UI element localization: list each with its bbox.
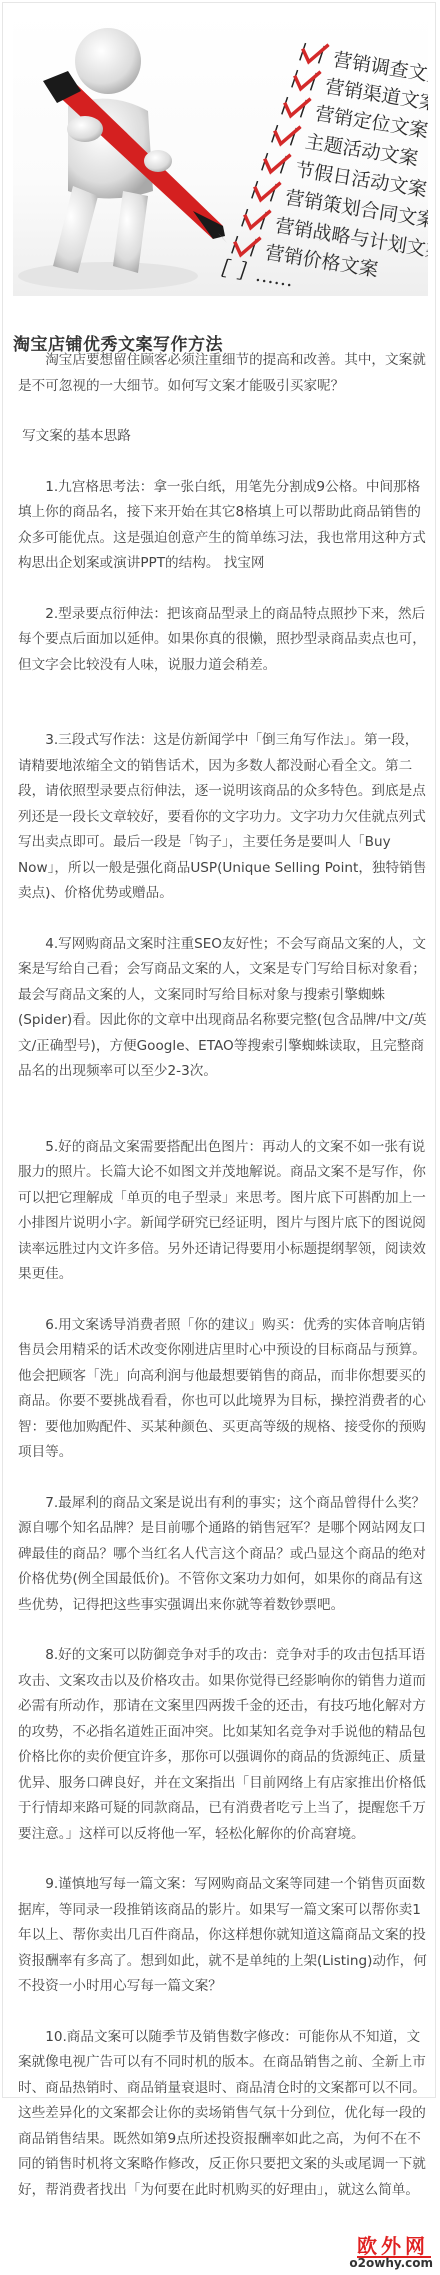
point-paragraph: 6.用文案诱导消费者照「你的建议」购买：优秀的实体音响店销售员会用精采的话术改变… — [18, 1313, 428, 1466]
checklist-label: …… — [254, 264, 295, 292]
figure-with-pen-illustration — [13, 11, 243, 296]
checkmark-icon — [278, 96, 311, 122]
point-paragraph: 1.九宫格思考法：拿一张白纸，用笔先分割成9公格。中间那格填上你的商品名，接下来… — [18, 475, 428, 577]
checkmark-icon — [248, 180, 281, 206]
hero-image: 营销调查文案 营销渠道文案 营销定位文案 主题活动文案 节假日活动文案 营销策划… — [13, 11, 428, 296]
checkmark-icon — [238, 208, 271, 234]
point-paragraph: 10.商品文案可以随季节及销售数字修改：可能你从不知道，文案就像电视广告可以有不… — [18, 2025, 428, 2204]
point-paragraph: 2.型录要点衍伸法：把该商品型录上的商品特点照抄下来，然后每个要点后面加以延伸。… — [18, 602, 428, 679]
section-heading: 写文案的基本思路 — [18, 424, 428, 450]
checkmark-icon — [296, 42, 329, 68]
article-body: 淘宝店要想留住顾客必须注重细节的提高和改善。其中，文案就是不可忽视的一大细节。如… — [18, 348, 428, 2203]
point-paragraph: 3.三段式写作法：这是仿新闻学中「倒三角写作法」。第一段，请精要地浓缩全文的销售… — [18, 728, 428, 907]
point-paragraph: 4.写网购商品文案时注重SEO友好性；不会写商品文案的人，文案是写给自己看；会写… — [18, 932, 428, 1085]
watermark-domain: o2owhy.com — [349, 2256, 433, 2270]
watermark-chinese: 欧外网 — [357, 2230, 429, 2259]
checkmark-icon — [268, 124, 301, 150]
checkmark-icon — [258, 152, 291, 178]
empty-checkbox-icon — [218, 258, 251, 284]
site-watermark: 欧外网 o2owhy.com — [337, 2226, 437, 2272]
point-paragraph: 5.好的商品文案需要搭配出色图片：再动人的文案不如一张有说服力的照片。长篇大论不… — [18, 1135, 428, 1288]
article-card: 营销调查文案 营销渠道文案 营销定位文案 主题活动文案 节假日活动文案 营销策划… — [2, 2, 436, 2098]
intro-paragraph: 淘宝店要想留住顾客必须注重细节的提高和改善。其中，文案就是不可忽视的一大细节。如… — [18, 348, 428, 399]
point-paragraph: 7.最犀利的商品文案是说出有利的事实；这个商品曾得什么奖？源自哪个知名品牌？是目… — [18, 1491, 428, 1619]
point-paragraph: 9.谨慎地写每一篇文案：写网购商品文案等同建一个销售页面数据库，等同录一段推销该… — [18, 1872, 428, 2000]
point-paragraph: 8.好的文案可以防御竞争对手的攻击：竞争对手的攻击包括耳语攻击、文案攻击以及价格… — [18, 1643, 428, 1847]
checkmark-icon — [288, 69, 321, 95]
